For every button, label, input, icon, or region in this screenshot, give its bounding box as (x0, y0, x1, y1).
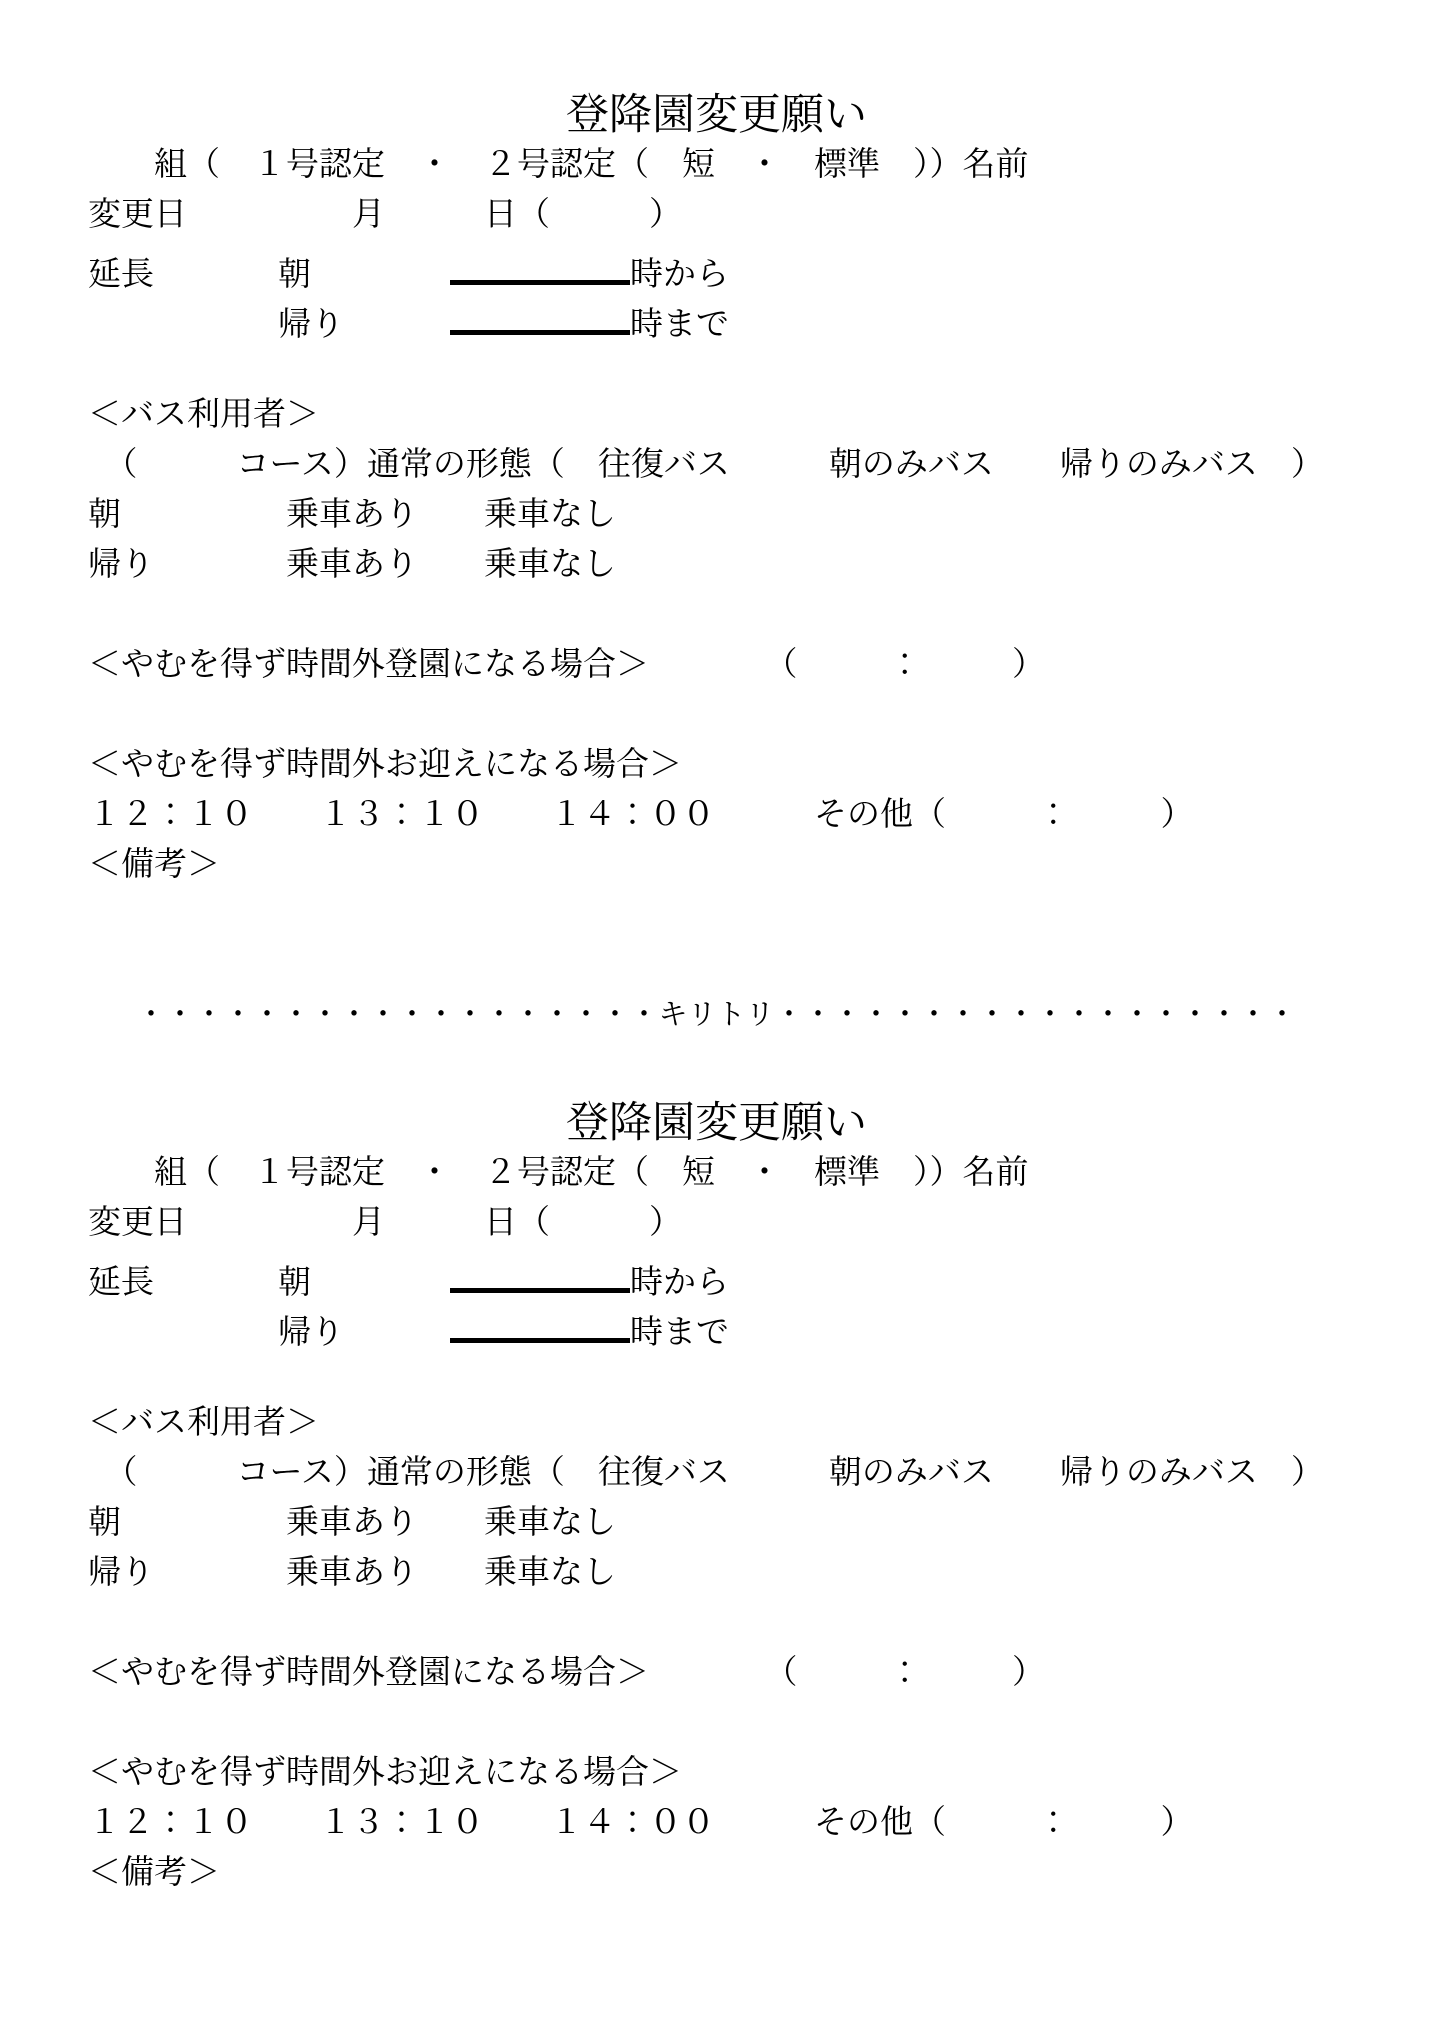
blank-line (0, 890, 1433, 940)
top-margin (0, 0, 1433, 92)
bus-morning-row: 朝 乗車あり 乗車なし (0, 490, 1433, 540)
time-fill-line (450, 1248, 630, 1293)
blank-line (0, 690, 1433, 740)
bus-morning-row: 朝 乗車あり 乗車なし (0, 1498, 1433, 1548)
form-copy-2: 登降園変更願い 組（ １号認定 ・ ２号認定（ 短 ・ 標準 ））名前 変更日 … (0, 1100, 1433, 1898)
extension-return-row: 帰り時まで (0, 290, 1433, 340)
bus-course-line: （ コース）通常の形態（ 往復バス 朝のみバス 帰りのみバス ） (0, 440, 1433, 490)
blank-line (0, 940, 1433, 990)
inter-form-gap (0, 1040, 1433, 1100)
bus-users-heading: ＜バス利用者＞ (0, 1398, 1433, 1448)
blank-line (0, 340, 1433, 390)
change-date-line: 変更日 月 日（ ） (0, 1198, 1433, 1248)
late-pickup-heading: ＜やむを得ず時間外お迎えになる場合＞ (0, 1748, 1433, 1798)
form-title: 登降園変更願い (0, 1100, 1433, 1148)
bus-return-row: 帰り 乗車あり 乗車なし (0, 540, 1433, 590)
class-certification-line: 組（ １号認定 ・ ２号認定（ 短 ・ 標準 ））名前 (0, 1148, 1433, 1198)
blank-line (0, 1598, 1433, 1648)
late-pickup-heading: ＜やむを得ず時間外お迎えになる場合＞ (0, 740, 1433, 790)
change-date-line: 変更日 月 日（ ） (0, 190, 1433, 240)
pickup-times-line: １２：１０ １３：１０ １４：００ その他（ ： ） (0, 790, 1433, 840)
time-fill-line (450, 240, 630, 285)
late-arrival-line: ＜やむを得ず時間外登園になる場合＞ （ ： ） (0, 640, 1433, 690)
blank-line (0, 1348, 1433, 1398)
extension-morning-row: 延長朝時から (0, 240, 1433, 290)
form-title: 登降園変更願い (0, 92, 1433, 140)
blank-line (0, 1698, 1433, 1748)
extension-return-label: 帰り (278, 300, 450, 350)
bus-users-heading: ＜バス利用者＞ (0, 390, 1433, 440)
extension-return-suffix: 時まで (630, 1315, 729, 1351)
cut-line: ・・・・・・・・・・・・・・・・・・キリトリ・・・・・・・・・・・・・・・・・・ (0, 990, 1433, 1040)
remarks-heading: ＜備考＞ (0, 840, 1433, 890)
late-arrival-line: ＜やむを得ず時間外登園になる場合＞ （ ： ） (0, 1648, 1433, 1698)
extension-morning-row: 延長朝時から (0, 1248, 1433, 1298)
pickup-times-line: １２：１０ １３：１０ １４：００ その他（ ： ） (0, 1798, 1433, 1848)
blank-line (0, 590, 1433, 640)
extension-morning-suffix: 時から (630, 1265, 729, 1301)
time-fill-line (450, 290, 630, 335)
extension-return-row: 帰り時まで (0, 1298, 1433, 1348)
extension-return-suffix: 時まで (630, 307, 729, 343)
form-copy-1: 登降園変更願い 組（ １号認定 ・ ２号認定（ 短 ・ 標準 ））名前 変更日 … (0, 92, 1433, 890)
bus-return-row: 帰り 乗車あり 乗車なし (0, 1548, 1433, 1598)
time-fill-line (450, 1298, 630, 1343)
extension-return-label: 帰り (278, 1308, 450, 1358)
remarks-heading: ＜備考＞ (0, 1848, 1433, 1898)
extension-morning-suffix: 時から (630, 257, 729, 293)
document-page: 登降園変更願い 組（ １号認定 ・ ２号認定（ 短 ・ 標準 ））名前 変更日 … (0, 0, 1433, 2024)
class-certification-line: 組（ １号認定 ・ ２号認定（ 短 ・ 標準 ））名前 (0, 140, 1433, 190)
bus-course-line: （ コース）通常の形態（ 往復バス 朝のみバス 帰りのみバス ） (0, 1448, 1433, 1498)
